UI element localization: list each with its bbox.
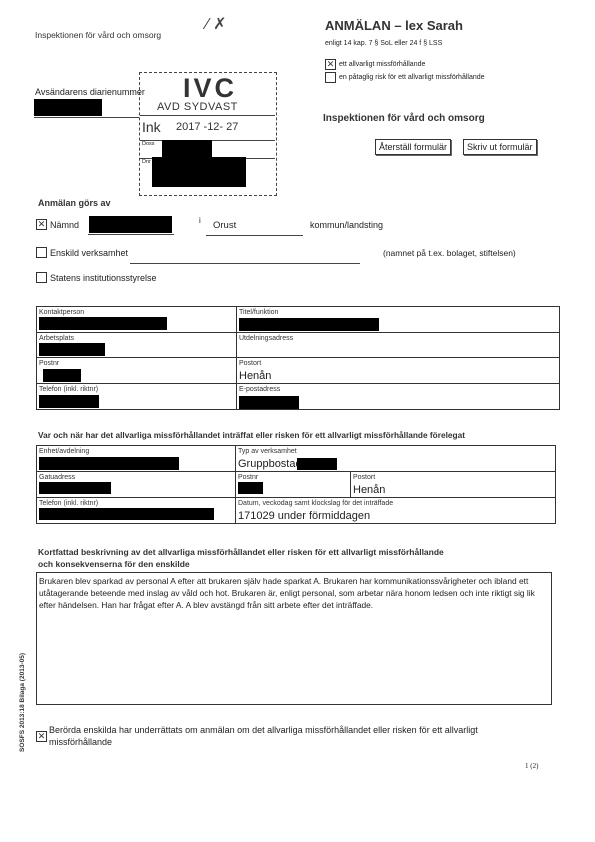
- notified-checkbox[interactable]: ✕: [36, 731, 47, 742]
- redacted-unit: [39, 457, 179, 470]
- redacted-email: [239, 396, 299, 409]
- stamp-divider: [140, 115, 275, 116]
- municipality-value[interactable]: Orust: [213, 220, 236, 231]
- redacted-phone: [39, 395, 99, 408]
- activity-type-value: Gruppbostad: [238, 458, 553, 470]
- description-heading: Kortfattad beskrivning av det allvarliga…: [38, 547, 444, 557]
- risk-label: en påtaglig risk för ett allvarligt miss…: [339, 74, 485, 81]
- notified-label: Berörda enskilda har underrättats om anm…: [49, 724, 489, 748]
- stamp-dnr-label: Dnr: [142, 159, 151, 165]
- board-label: Nämnd: [50, 220, 79, 230]
- activity-type-label: Typ av verksamhet: [238, 447, 553, 456]
- diary-number-label: Avsändarens diarienummer: [35, 87, 145, 97]
- state-institution-checkbox[interactable]: [36, 272, 47, 283]
- city-cell[interactable]: Postort Henån: [237, 358, 560, 384]
- activity-type-cell[interactable]: Typ av verksamhet Gruppbostad: [236, 446, 556, 472]
- datetime-value: 171029 under förmiddagen: [238, 510, 553, 522]
- scribble-mark: ⁄ ✗: [206, 14, 227, 34]
- reset-form-button[interactable]: Återställ formulär: [375, 139, 451, 155]
- location-city-value: Henån: [353, 484, 553, 496]
- redacted-location-postal-code: [238, 482, 263, 494]
- agency-name: Inspektionen för vård och omsorg: [35, 30, 161, 40]
- description-heading-2: och konsekvenserna för den enskilde: [38, 559, 190, 569]
- email-cell[interactable]: E-postadress: [237, 384, 560, 410]
- delivery-address-label: Utdelningsadress: [239, 334, 557, 343]
- street-cell[interactable]: Gatuadress: [37, 472, 236, 498]
- location-heading: Var och när har det allvarliga missförhå…: [38, 430, 465, 440]
- location-phone-label: Telefon (inkl. riktnr): [39, 499, 233, 508]
- redacted-diary-number: [34, 99, 102, 116]
- board-checkbox[interactable]: ✕: [36, 219, 47, 230]
- redacted-activity-name: [297, 458, 337, 470]
- redacted-title: [239, 318, 379, 331]
- form-code: SOSFS 2013:18 Bilaga (2013-05): [19, 653, 26, 752]
- datetime-cell[interactable]: Datum, veckodag samt klockslag för det i…: [236, 498, 556, 524]
- serious-deficiency-label: ett allvarligt missförhållande: [339, 61, 425, 68]
- recipient-name: Inspektionen för vård och omsorg: [323, 113, 485, 124]
- municipality-line: [206, 235, 303, 236]
- diary-number-line: [34, 117, 139, 118]
- location-table: Enhet/avdelning Typ av verksamhet Gruppb…: [36, 445, 556, 524]
- title-label: Titel/funktion: [239, 308, 557, 317]
- location-phone-cell[interactable]: Telefon (inkl. riktnr): [37, 498, 236, 524]
- private-business-label: Enskild verksamhet: [50, 248, 128, 258]
- delivery-address-cell[interactable]: Utdelningsadress: [237, 333, 560, 358]
- phone-cell[interactable]: Telefon (inkl. riktnr): [37, 384, 237, 410]
- private-business-checkbox[interactable]: [36, 247, 47, 258]
- redacted-contact-person: [39, 317, 167, 330]
- workplace-label: Arbetsplats: [39, 334, 234, 343]
- redacted-workplace: [39, 343, 105, 356]
- workplace-cell[interactable]: Arbetsplats: [37, 333, 237, 358]
- private-business-line[interactable]: [130, 263, 360, 264]
- redacted-dossier: [162, 140, 212, 158]
- location-postal-code-cell[interactable]: Postnr: [236, 472, 351, 498]
- redacted-dnr: [152, 157, 246, 187]
- title-cell[interactable]: Titel/funktion: [237, 307, 560, 333]
- description-textarea[interactable]: Brukaren blev sparkad av personal A efte…: [36, 572, 552, 705]
- serious-deficiency-checkbox[interactable]: ✕: [325, 59, 336, 70]
- private-business-hint: (namnet på t.ex. bolaget, stiftelsen): [383, 248, 516, 258]
- reporter-heading: Anmälan görs av: [38, 198, 111, 208]
- redacted-street: [39, 482, 111, 494]
- city-value: Henån: [239, 370, 557, 382]
- stamp-received-label: Ink: [142, 119, 161, 135]
- unit-cell[interactable]: Enhet/avdelning: [37, 446, 236, 472]
- contact-person-label: Kontaktperson: [39, 308, 234, 317]
- risk-checkbox[interactable]: [325, 72, 336, 83]
- location-city-cell[interactable]: Postort Henån: [351, 472, 556, 498]
- unit-label: Enhet/avdelning: [39, 447, 233, 456]
- redacted-location-phone: [39, 508, 214, 520]
- state-institution-label: Statens institutionsstyrelse: [50, 273, 157, 283]
- print-form-button[interactable]: Skriv ut formulär: [463, 139, 537, 155]
- in-label: i: [199, 216, 201, 225]
- postal-code-label: Postnr: [39, 359, 234, 368]
- city-label: Postort: [239, 359, 557, 368]
- page-number: 1 (2): [525, 762, 538, 770]
- stamp-org: IVC: [183, 73, 237, 104]
- board-name-line: [88, 234, 174, 235]
- location-postal-code-label: Postnr: [238, 473, 348, 482]
- street-label: Gatuadress: [39, 473, 233, 482]
- form-title: ANMÄLAN – lex Sarah: [325, 18, 463, 33]
- form-subtitle: enligt 14 kap. 7 § SoL eller 24 f § LSS: [325, 40, 442, 47]
- stamp-division: AVD SYDVAST: [157, 101, 238, 113]
- stamp-dossier-label: Doss: [142, 141, 155, 147]
- datetime-label: Datum, veckodag samt klockslag för det i…: [238, 499, 553, 508]
- stamp-received-date: 2017 -12- 27: [176, 121, 238, 133]
- email-label: E-postadress: [239, 385, 557, 394]
- location-city-label: Postort: [353, 473, 553, 482]
- contact-person-cell[interactable]: Kontaktperson: [37, 307, 237, 333]
- contact-table: Kontaktperson Titel/funktion Arbetsplats…: [36, 306, 560, 410]
- phone-label: Telefon (inkl. riktnr): [39, 385, 234, 394]
- municipality-suffix: kommun/landsting: [310, 220, 383, 230]
- redacted-board-name: [89, 216, 172, 233]
- redacted-postal-code: [43, 369, 81, 382]
- postal-code-cell[interactable]: Postnr: [37, 358, 237, 384]
